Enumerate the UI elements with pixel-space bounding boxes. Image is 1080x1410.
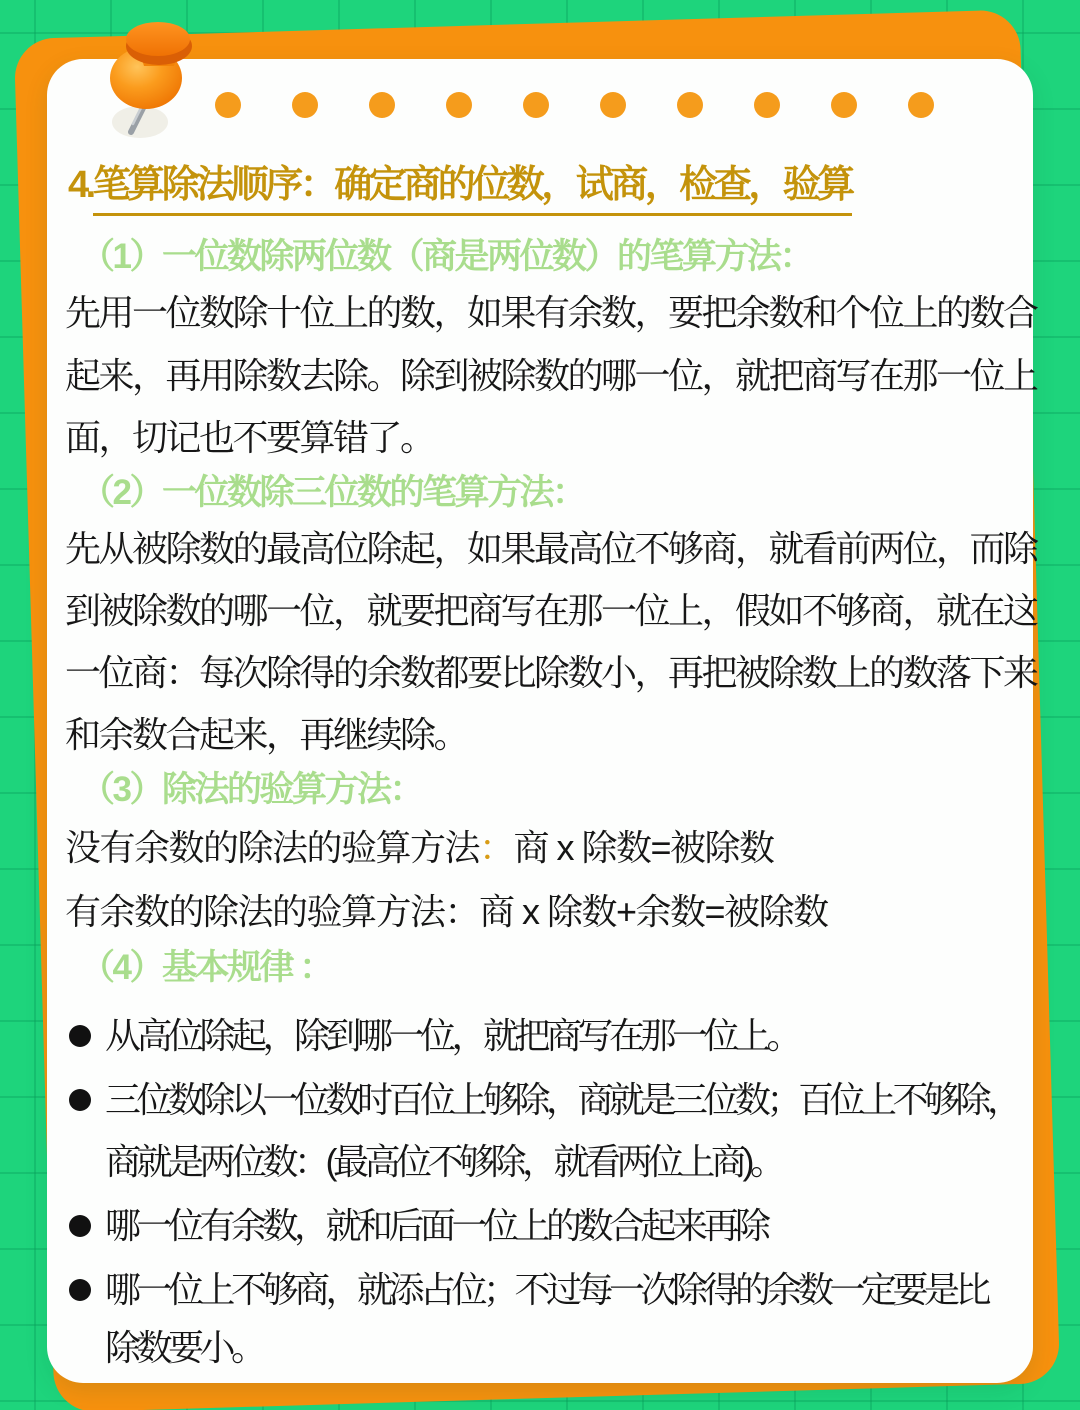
paragraph-line: 一位商：每次除得的余数都要比除数小，再把被除数上的数落下来 [65,652,1037,694]
section-3-heading: （3）除法的验算方法： [80,769,422,810]
paragraph-line: 先用一位数除十位上的数，如果有余数，要把余数和个位上的数合 [65,292,1037,334]
bullet-icon [69,1279,91,1301]
dot-decoration [292,92,318,118]
pushpin-icon [88,4,228,150]
notes-card: 4.笔算除法顺序：确定商的位数，试商，检查，验算 （1）一位数除两位数（商是两位… [47,59,1033,1383]
dot-decoration [446,92,472,118]
dot-decoration [831,92,857,118]
section-2-heading: （2）一位数除三位数的笔算方法： [80,472,584,513]
dot-decoration [600,92,626,118]
paragraph-line: 先从被除数的最高位除起，如果最高位不够商，就看前两位，而除 [65,528,1037,570]
bullet-line: 哪一位上不够商，就添占位；不过每一次除得的余数一定要是比 [105,1269,987,1311]
dot-decoration [677,92,703,118]
formula-expression: 商 x 除数+余数=被除数 [479,891,828,932]
page-background: { "colors": { "background_green": "#1ed4… [0,0,1080,1410]
bullet-line: 商就是两位数：(最高位不够除，就看两位上商)。 [105,1141,781,1183]
dot-decoration [523,92,549,118]
paragraph-line: 到被除数的哪一位，就要把商写在那一位上，假如不够商，就在这 [65,590,1037,632]
bullet-icon [69,1089,91,1111]
paragraph-line: 面，切记也不要算错了。 [65,417,434,459]
paragraph-line: 起来，再用除数去除。除到被除数的哪一位，就把商写在那一位上 [65,355,1037,397]
section-1-heading: （1）一位数除两位数（商是两位数）的笔算方法： [80,236,812,277]
formula-line: 有余数的除法的验算方法：商 x 除数+余数=被除数 [65,891,828,933]
dot-decoration [369,92,395,118]
bullet-line: 从高位除起，除到哪一位，就把商写在那一位上。 [105,1015,798,1057]
bullet-line: 除数要小。 [105,1327,263,1369]
paragraph-line: 和余数合起来，再继续除。 [65,714,467,756]
formula-label: 没有余数的除法的验算方法 [65,827,479,868]
formula-expression: 商 x 除数=被除数 [514,827,774,868]
section-4-heading: （4）基本规律 ： [80,947,332,988]
title-number: 4. [68,164,93,206]
title-text: 笔算除法顺序：确定商的位数，试商，检查，验算 [93,164,852,216]
dot-decoration [908,92,934,118]
bullet-line: 三位数除以一位数时百位上够除，商就是三位数；百位上不够除， [105,1079,1019,1121]
note-title: 4.笔算除法顺序：确定商的位数，试商，检查，验算 [68,163,852,208]
bullet-icon [69,1215,91,1237]
formula-label: 有余数的除法的验算方法 [65,891,445,932]
dots-row [215,92,934,118]
bullet-icon [69,1025,91,1047]
formula-line: 没有余数的除法的验算方法：商 x 除数=被除数 [65,827,774,869]
formula-colon: ： [479,827,514,868]
dot-decoration [754,92,780,118]
bullet-line: 哪一位有余数，就和后面一位上的数合起来再除 [105,1205,767,1247]
formula-colon: ： [445,891,480,932]
pin-cap [126,22,190,56]
